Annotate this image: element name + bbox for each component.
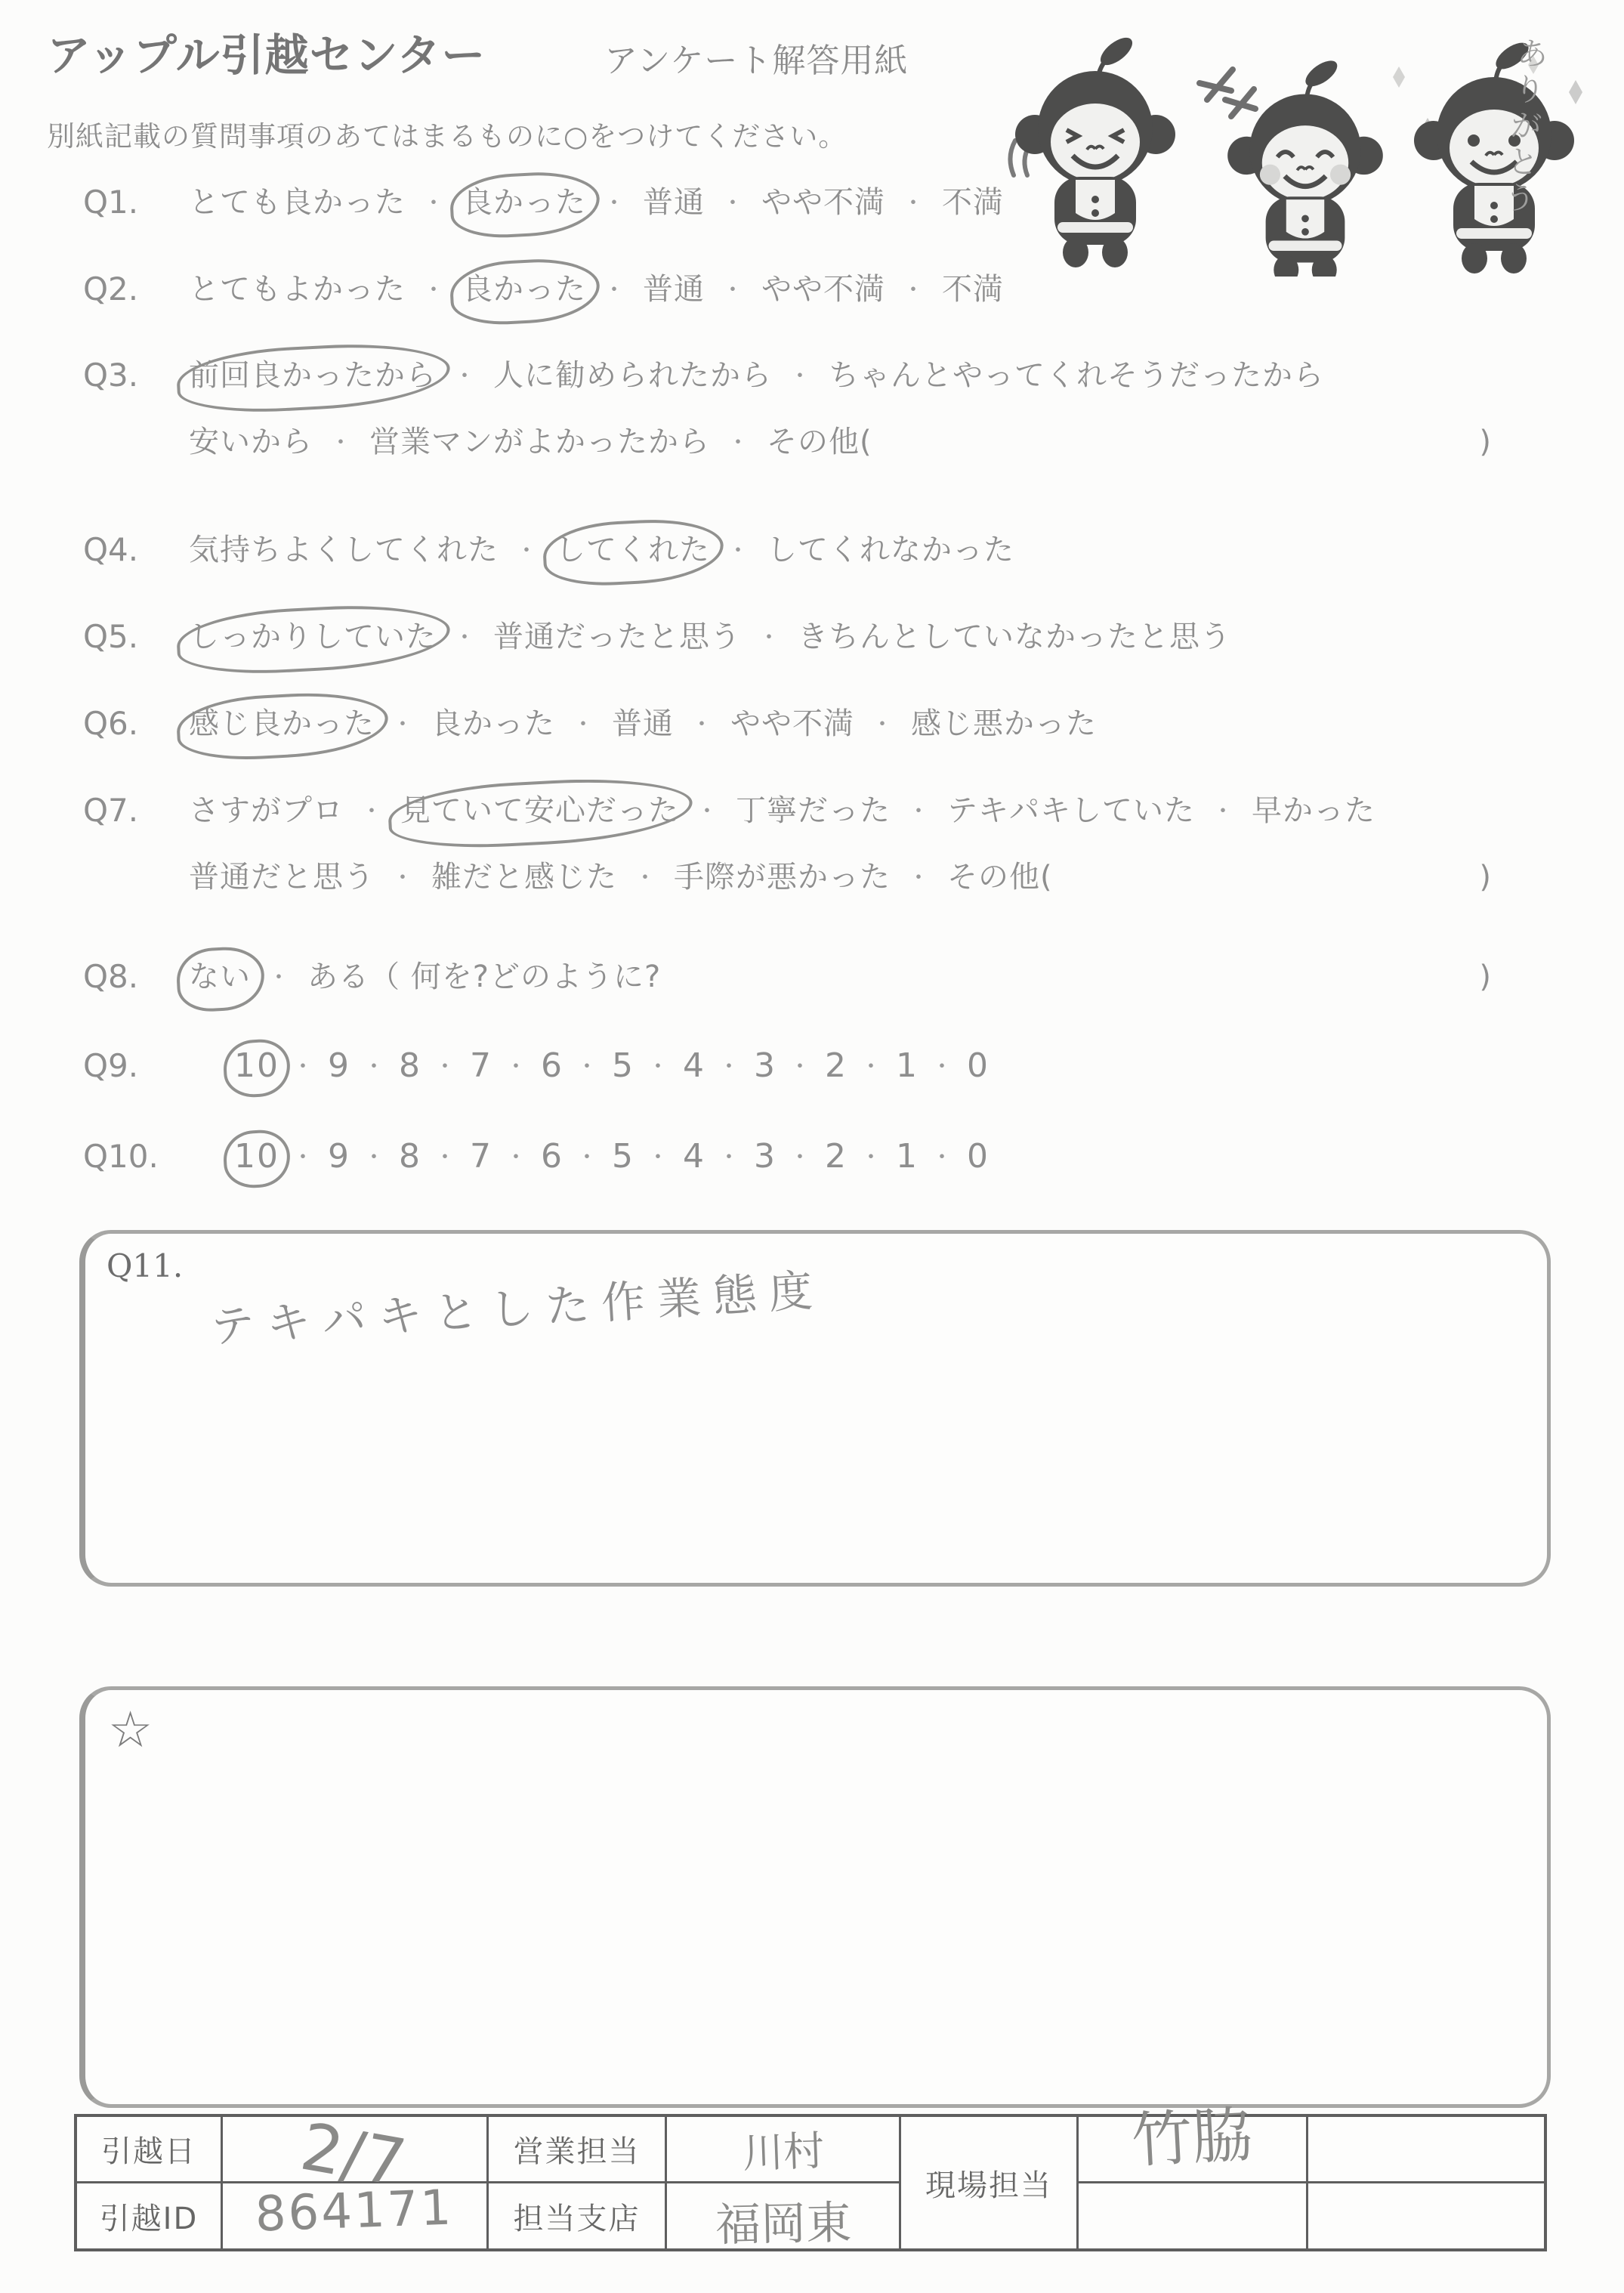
- scanned-questionnaire-page: アップル引越センター アンケート解答用紙 別紙記載の質問事項のあてはまるものに○…: [0, 0, 1624, 2293]
- answer-option: その他(: [767, 423, 872, 461]
- dot-separator: ・: [360, 799, 384, 825]
- dot-separator: ・: [363, 1145, 387, 1171]
- dot-separator: ・: [871, 712, 894, 738]
- answer-option-circled: 前回良かったから: [189, 357, 437, 394]
- dot-separator: ・: [902, 277, 925, 304]
- answer-option: 丁寧だった: [736, 792, 891, 830]
- monkey-1: [1015, 32, 1175, 267]
- answer-option: 営業マンがよかったから: [369, 423, 710, 461]
- dot-separator: ・: [329, 430, 353, 456]
- question-q6: Q6.感じ良かった・良かった・普通・やや不満・感じ悪かった: [83, 705, 1492, 744]
- question-label: Q3.: [83, 357, 189, 394]
- answer-option: 6: [541, 1047, 563, 1085]
- answer-option: 普通: [643, 184, 705, 221]
- answer-option: 普通: [643, 270, 705, 308]
- dot-separator: ・: [907, 865, 931, 892]
- dot-separator: ・: [902, 190, 925, 217]
- answer-option: 不満: [942, 184, 1004, 221]
- answer-option: 早かった: [1252, 792, 1375, 830]
- staff-info-table: 引越日 2/7 営業担当 川村 現場担当 竹脇 引越ID 864171 担当支店…: [74, 2114, 1547, 2251]
- q11-comment-box: Q11. テキパキとした作業態度: [79, 1230, 1551, 1587]
- dot-separator: ・: [727, 430, 750, 456]
- site-value-cell: 竹脇: [1079, 2117, 1308, 2183]
- dot-separator: ・: [860, 1145, 884, 1171]
- question-q4: Q4.気持ちよくしてくれた・してくれた・してくれなかった: [83, 531, 1492, 570]
- move-id-label: 引越ID: [100, 2195, 199, 2238]
- dot-separator: ・: [603, 190, 626, 217]
- star-icon: ☆: [108, 1701, 153, 1759]
- dot-separator: ・: [515, 538, 539, 564]
- site-label-cell: 現場担当: [901, 2117, 1079, 2248]
- answer-option: 9: [328, 1138, 350, 1176]
- question-label: Q1.: [83, 184, 189, 221]
- dot-separator: ・: [690, 712, 714, 738]
- closing-paren: ): [1479, 858, 1492, 896]
- answer-option-circled: してくれた: [555, 531, 710, 569]
- move-date-label-cell: 引越日: [77, 2117, 223, 2183]
- question-q2: Q2.とてもよかった・良かった・普通・やや不満・不満: [83, 270, 1492, 310]
- move-id-value: 864171: [255, 2180, 455, 2242]
- dot-separator: ・: [576, 1145, 600, 1171]
- question-label: Q5.: [83, 618, 189, 655]
- sales-value-cell: 川村: [667, 2117, 901, 2183]
- move-id-value-cell: 864171: [223, 2183, 489, 2248]
- answer-option: 感じ悪かった: [911, 705, 1097, 743]
- instruction-text: 別紙記載の質問事項のあてはまるものに○をつけてください。: [47, 113, 847, 154]
- page-title: アップル引越センター: [47, 20, 486, 83]
- dot-separator: ・: [603, 277, 626, 304]
- answer-option-circled: 良かった: [462, 270, 586, 308]
- question-q9: Q9.10・9・8・7・6・5・4・3・2・1・0: [83, 1047, 1492, 1086]
- answer-option: ある（ 何を?どのように?: [307, 958, 661, 996]
- dot-separator: ・: [634, 865, 657, 892]
- answer-option: 1: [896, 1138, 919, 1176]
- answer-option: さすがプロ: [189, 792, 344, 830]
- question-label: Q8.: [83, 958, 189, 995]
- dot-separator: ・: [718, 1145, 742, 1171]
- move-date-value-cell: 2/7: [223, 2117, 489, 2183]
- empty-cell-bottom-right: [1308, 2183, 1544, 2248]
- dot-separator: ・: [721, 190, 745, 217]
- dot-separator: ・: [292, 1054, 316, 1080]
- q11-handwritten-answer: テキパキとした作業態度: [208, 1254, 826, 1355]
- dot-separator: ・: [1212, 799, 1235, 825]
- answer-option-circled: 感じ良かった: [189, 705, 375, 743]
- answer-option: やや不満: [761, 270, 885, 308]
- answer-option: 2: [825, 1138, 848, 1176]
- answer-option: 人に勧められたから: [493, 357, 772, 394]
- dot-separator: ・: [267, 965, 291, 991]
- site-staff-label: 現場担当: [925, 2162, 1052, 2205]
- q11-label: Q11.: [107, 1247, 183, 1284]
- answer-option: 不満: [942, 270, 1004, 308]
- answer-option: きちんとしていなかったと思う: [798, 618, 1231, 656]
- dot-separator: ・: [758, 625, 781, 651]
- answer-option-circled: 10: [234, 1138, 279, 1176]
- answer-option: 普通: [612, 705, 674, 743]
- answer-option: 0: [967, 1047, 990, 1085]
- sales-staff-label: 営業担当: [514, 2128, 641, 2171]
- question-q8: Q8.ない・ある（ 何を?どのように?): [83, 958, 1492, 997]
- answer-option: 安いから: [189, 423, 313, 461]
- answer-option: 8: [399, 1047, 421, 1085]
- dot-separator: ・: [292, 1145, 316, 1171]
- question-q3: Q3.前回良かったから・人に勧められたから・ちゃんとやってくれそうだったから安い…: [83, 357, 1492, 462]
- answer-option: 7: [470, 1047, 492, 1085]
- question-q1: Q1.とても良かった・良かった・普通・やや不満・不満: [83, 184, 1492, 223]
- dot-separator: ・: [453, 363, 477, 390]
- closing-paren: ): [1479, 423, 1492, 461]
- answer-option: 2: [825, 1047, 848, 1085]
- answer-option-circled: 10: [234, 1047, 279, 1085]
- dot-separator: ・: [789, 1054, 813, 1080]
- question-label: Q9.: [83, 1047, 234, 1084]
- answer-option: 手際が悪かった: [674, 858, 891, 896]
- question-q5: Q5.しっかりしていた・普通だったと思う・きちんとしていなかったと思う: [83, 618, 1492, 657]
- answer-option: 普通だったと思う: [493, 618, 741, 656]
- question-q7: Q7.さすがプロ・見ていて安心だった・丁寧だった・テキパキしていた・早かった普通…: [83, 792, 1492, 898]
- dot-separator: ・: [363, 1054, 387, 1080]
- star-comment-box: ☆: [79, 1686, 1551, 2108]
- dot-separator: ・: [696, 799, 719, 825]
- dot-separator: ・: [576, 1054, 600, 1080]
- answer-option: 4: [683, 1047, 705, 1085]
- dot-separator: ・: [789, 1145, 813, 1171]
- branch-label: 担当支店: [514, 2195, 641, 2238]
- dot-separator: ・: [422, 190, 446, 217]
- answer-option: 普通だと思う: [189, 858, 375, 896]
- answer-option: してくれなかった: [767, 531, 1014, 569]
- question-q10: Q10.10・9・8・7・6・5・4・3・2・1・0: [83, 1138, 1492, 1177]
- answer-option: 3: [754, 1047, 776, 1085]
- answer-option: 良かった: [431, 705, 555, 743]
- branch-label-cell: 担当支店: [489, 2183, 667, 2248]
- answer-option: とても良かった: [189, 184, 406, 221]
- answer-option-circled: 良かった: [462, 184, 586, 221]
- dot-separator: ・: [931, 1145, 955, 1171]
- dot-separator: ・: [434, 1145, 458, 1171]
- empty-cell-bottom-left: [1079, 2183, 1308, 2248]
- dot-separator: ・: [391, 865, 415, 892]
- answer-option: 5: [612, 1047, 634, 1085]
- answer-option-circled: ない: [189, 958, 251, 996]
- answer-option-circled: 見ていて安心だった: [400, 792, 679, 830]
- answer-option: テキパキしていた: [947, 792, 1195, 830]
- answer-option: 4: [683, 1138, 705, 1176]
- branch-value: 福岡東: [715, 2186, 851, 2254]
- answer-option: 1: [896, 1047, 919, 1085]
- answer-option: 気持ちよくしてくれた: [189, 531, 499, 569]
- dot-separator: ・: [727, 538, 750, 564]
- question-label: Q7.: [83, 792, 189, 829]
- dot-separator: ・: [572, 712, 595, 738]
- answer-option: 5: [612, 1138, 634, 1176]
- sales-label-cell: 営業担当: [489, 2117, 667, 2183]
- answer-option: やや不満: [761, 184, 885, 221]
- dot-separator: ・: [907, 799, 931, 825]
- answer-option: やや不満: [730, 705, 854, 743]
- dot-separator: ・: [721, 277, 745, 304]
- page-subtitle: アンケート解答用紙: [604, 33, 908, 82]
- closing-paren: ): [1479, 958, 1492, 996]
- dot-separator: ・: [718, 1054, 742, 1080]
- answer-option: ちゃんとやってくれそうだったから: [829, 357, 1324, 394]
- answer-option: 雑だと感じた: [431, 858, 617, 896]
- site-staff-value: 竹脇: [1128, 2086, 1254, 2179]
- dot-separator: ・: [391, 712, 415, 738]
- dot-separator: ・: [434, 1054, 458, 1080]
- dot-separator: ・: [931, 1054, 955, 1080]
- dot-separator: ・: [453, 625, 477, 651]
- answer-option: 6: [541, 1138, 563, 1176]
- answer-option-circled: しっかりしていた: [189, 618, 437, 656]
- move-id-label-cell: 引越ID: [77, 2183, 223, 2248]
- question-label: Q10.: [83, 1138, 234, 1175]
- answer-option: 0: [967, 1138, 990, 1176]
- dot-separator: ・: [789, 363, 812, 390]
- dot-separator: ・: [860, 1054, 884, 1080]
- answer-option: 3: [754, 1138, 776, 1176]
- question-label: Q4.: [83, 531, 189, 568]
- answer-option: 8: [399, 1138, 421, 1176]
- dot-separator: ・: [422, 277, 446, 304]
- question-label: Q2.: [83, 270, 189, 307]
- empty-cell-top: [1308, 2117, 1544, 2183]
- dot-separator: ・: [647, 1145, 671, 1171]
- branch-value-cell: 福岡東: [667, 2183, 901, 2248]
- answer-option: 7: [470, 1138, 492, 1176]
- sales-staff-value: 川村: [741, 2118, 825, 2180]
- answer-option: 9: [328, 1047, 350, 1085]
- answer-option: とてもよかった: [189, 270, 406, 308]
- answer-option: その他(: [947, 858, 1053, 896]
- dot-separator: ・: [647, 1054, 671, 1080]
- dot-separator: ・: [505, 1145, 529, 1171]
- dot-separator: ・: [505, 1054, 529, 1080]
- question-label: Q6.: [83, 705, 189, 742]
- move-date-label: 引越日: [101, 2128, 196, 2171]
